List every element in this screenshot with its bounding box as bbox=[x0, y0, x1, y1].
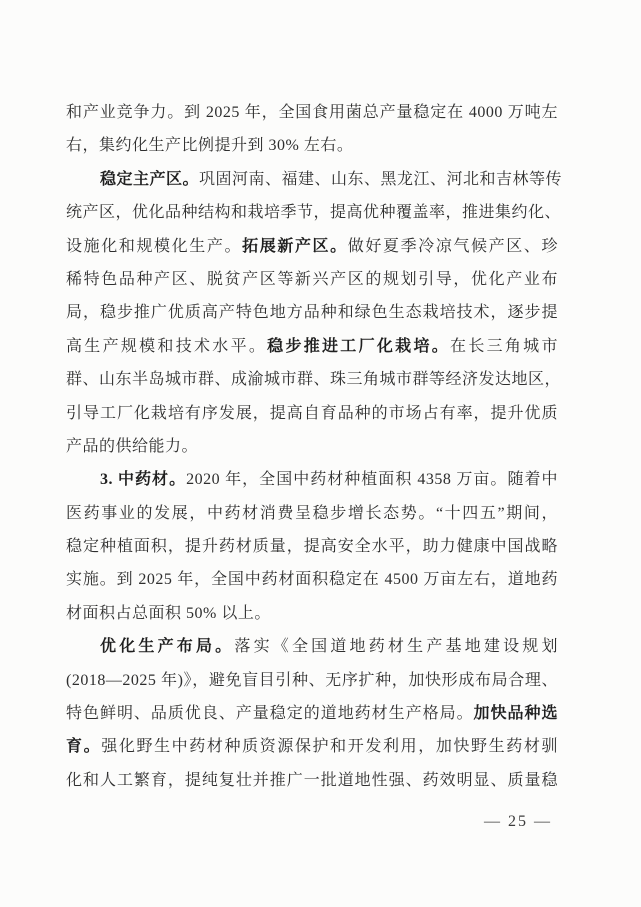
text-line: 稳定主产区。巩固河南、福建、山东、黑龙江、河北和吉林等传 bbox=[66, 163, 558, 196]
text-line: 局，稳步推广优质高产特色地方品种和绿色生态栽培技术，逐步提 bbox=[66, 296, 558, 329]
text-line: 3. 中药材。2020 年，全国中药材种植面积 4358 万亩。随着中 bbox=[66, 463, 558, 496]
text-segment: 群、山东半岛城市群、成渝城市群、珠三角城市群等经济发达地区， bbox=[66, 371, 561, 388]
text-line: 统产区，优化品种结构和栽培季节，提高优种覆盖率，推进集约化、 bbox=[66, 196, 558, 229]
text-segment: 引导工厂化栽培有序发展，提高自育品种的市场占有率，提升优质 bbox=[66, 405, 558, 422]
text-line: 特色鲜明、品质优良、产量稳定的道地药材生产格局。加快品种选 bbox=[66, 697, 558, 730]
page-number: — 25 — bbox=[66, 808, 558, 836]
text-segment-bold: 育。 bbox=[66, 738, 101, 755]
text-segment: 和产业竞争力。到 2025 年，全国食用菌总产量稳定在 4000 万吨左 bbox=[66, 104, 558, 121]
text-line: 优化生产布局。落实《全国道地药材生产基地建设规划 bbox=[66, 630, 558, 663]
text-line: 右，集约化生产比例提升到 30% 左右。 bbox=[66, 129, 558, 162]
text-line: 医药事业的发展，中药材消费呈稳步增长态势。“十四五”期间， bbox=[66, 497, 558, 530]
text-line: 引导工厂化栽培有序发展，提高自育品种的市场占有率，提升优质 bbox=[66, 397, 558, 430]
text-segment: 统产区，优化品种结构和栽培季节，提高优种覆盖率，推进集约化、 bbox=[66, 204, 561, 221]
text-segment: 设施化和规模化生产。 bbox=[66, 238, 242, 255]
text-segment-bold: 加快品种选 bbox=[474, 705, 558, 722]
text-segment-bold: 3. 中药材。 bbox=[100, 471, 186, 488]
text-segment: 稳定种植面积，提升药材质量，提高安全水平，助力健康中国战略 bbox=[66, 538, 558, 555]
text-line: 设施化和规模化生产。拓展新产区。做好夏季冷凉气候产区、珍 bbox=[66, 230, 558, 263]
text-line: 群、山东半岛城市群、成渝城市群、珠三角城市群等经济发达地区， bbox=[66, 363, 558, 396]
document-page: 和产业竞争力。到 2025 年，全国食用菌总产量稳定在 4000 万吨左右，集约… bbox=[0, 0, 641, 907]
text-line: 高生产规模和技术水平。稳步推进工厂化栽培。在长三角城市 bbox=[66, 330, 558, 363]
text-segment: 材面积占总面积 50% 以上。 bbox=[66, 605, 271, 622]
text-segment: 在长三角城市 bbox=[450, 338, 558, 355]
text-segment: 2020 年，全国中药材种植面积 4358 万亩。随着中 bbox=[186, 471, 558, 488]
text-segment-bold: 拓展新产区。 bbox=[242, 238, 348, 255]
text-line: 稀特色品种产区、脱贫产区等新兴产区的规划引导，优化产业布 bbox=[66, 263, 558, 296]
text-segment: 高生产规模和技术水平。 bbox=[66, 338, 267, 355]
text-line: 和产业竞争力。到 2025 年，全国食用菌总产量稳定在 4000 万吨左 bbox=[66, 96, 558, 129]
text-segment-bold: 稳步推进工厂化栽培。 bbox=[267, 338, 450, 355]
text-line: (2018—2025 年)》，避免盲目引种、无序扩种，加快形成布局合理、 bbox=[66, 664, 558, 697]
text-segment-bold: 稳定主产区。 bbox=[100, 171, 199, 188]
text-segment: 化和人工繁育，提纯复壮并推广一批道地性强、药效明显、质量稳 bbox=[66, 772, 558, 789]
text-segment: 强化野生中药材种质资源保护和开发利用，加快野生药材驯 bbox=[101, 738, 558, 755]
document-text: 和产业竞争力。到 2025 年，全国食用菌总产量稳定在 4000 万吨左右，集约… bbox=[66, 96, 558, 797]
text-line: 育。强化野生中药材种质资源保护和开发利用，加快野生药材驯 bbox=[66, 730, 558, 763]
text-segment: 稀特色品种产区、脱贫产区等新兴产区的规划引导，优化产业布 bbox=[66, 271, 558, 288]
text-line: 化和人工繁育，提纯复壮并推广一批道地性强、药效明显、质量稳 bbox=[66, 764, 558, 797]
text-line: 材面积占总面积 50% 以上。 bbox=[66, 597, 558, 630]
text-segment: 特色鲜明、品质优良、产量稳定的道地药材生产格局。 bbox=[66, 705, 474, 722]
text-segment: 右，集约化生产比例提升到 30% 左右。 bbox=[66, 137, 353, 154]
text-segment: 做好夏季冷凉气候产区、珍 bbox=[348, 238, 558, 255]
text-segment: 落实《全国道地药材生产基地建设规划 bbox=[234, 638, 558, 655]
text-line: 实施。到 2025 年，全国中药材面积稳定在 4500 万亩左右，道地药 bbox=[66, 563, 558, 596]
text-segment: 实施。到 2025 年，全国中药材面积稳定在 4500 万亩左右，道地药 bbox=[66, 571, 558, 588]
text-segment: (2018—2025 年)》，避免盲目引种、无序扩种，加快形成布局合理、 bbox=[66, 672, 558, 689]
text-segment: 局，稳步推广优质高产特色地方品种和绿色生态栽培技术，逐步提 bbox=[66, 304, 558, 321]
text-line: 稳定种植面积，提升药材质量，提高安全水平，助力健康中国战略 bbox=[66, 530, 558, 563]
text-segment: 巩固河南、福建、山东、黑龙江、河北和吉林等传 bbox=[199, 171, 562, 188]
text-segment-bold: 优化生产布局。 bbox=[100, 638, 234, 655]
text-segment: 医药事业的发展，中药材消费呈稳步增长态势。“十四五”期间， bbox=[66, 505, 558, 522]
text-segment: 产品的供给能力。 bbox=[66, 438, 198, 455]
text-line: 产品的供给能力。 bbox=[66, 430, 558, 463]
